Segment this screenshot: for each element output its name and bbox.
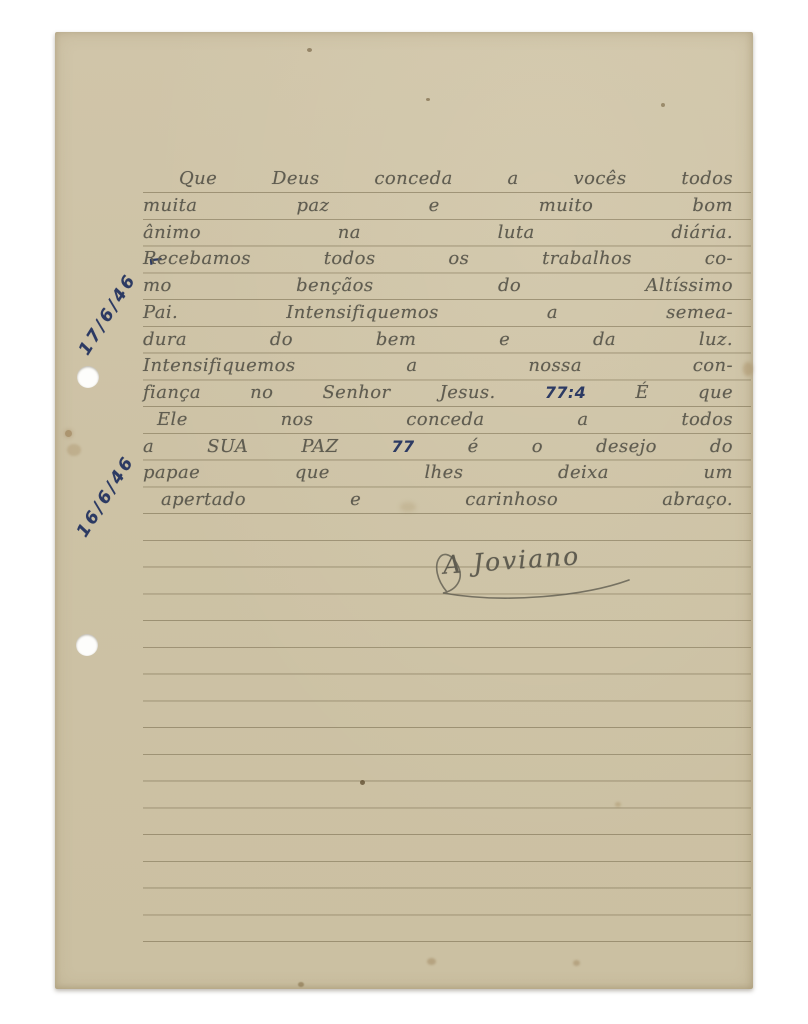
handwritten-text: mo bençãos do Altíssimo: [143, 275, 733, 296]
foxing-spot: [307, 48, 312, 52]
handwritten-text: ânimo na luta diária.: [143, 222, 733, 243]
handwritten-line: Recebamos todos os trabalhos co-: [143, 246, 733, 273]
foxing-spot: [743, 362, 753, 376]
foxing-spot: [360, 780, 365, 785]
hole-punch: [76, 634, 98, 656]
handwritten-text: Que Deus conceda a vocês todos: [179, 168, 733, 189]
handwritten-line: Que Deus conceda a vocês todos: [143, 166, 733, 193]
handwritten-text: Ele nos conceda a todos: [157, 409, 733, 430]
handwritten-line: Ele nos conceda a todos: [143, 407, 733, 434]
handwritten-text: Pai. Intensifiquemos a semea-: [143, 302, 733, 323]
handwritten-text: Intensifiquemos a nossa con-: [143, 355, 733, 376]
handwritten-text: é o desejo do: [468, 436, 733, 457]
handwritten-line: ânimo na luta diária.: [143, 220, 733, 247]
foxing-spot: [67, 444, 81, 456]
handwritten-text: a SUA PAZ: [143, 436, 338, 457]
signature-block: A Joviano: [385, 532, 645, 612]
handwritten-text: Recebamos todos os trabalhos co-: [143, 248, 733, 269]
foxing-spot: [426, 98, 430, 101]
blue-ink-annotation: 77: [392, 437, 415, 456]
handwritten-line: a SUA PAZ 77 é o desejo do: [143, 434, 733, 461]
foxing-spot: [65, 430, 72, 437]
foxing-spot: [573, 960, 580, 966]
foxing-spot: [427, 958, 436, 965]
handwritten-line: Intensifiquemos a nossa con-: [143, 353, 733, 380]
handwriting: Que Deus conceda a vocês todosmuita paz …: [143, 166, 733, 514]
handwritten-line: fiança no Senhor Jesus. 77:4 É que: [143, 380, 733, 407]
foxing-spot: [615, 802, 621, 807]
scanned-letter-page: 17/6/46 16/6/46 ⌐ Que Deus conceda a voc…: [0, 0, 808, 1024]
foxing-spot: [400, 502, 416, 512]
handwritten-line: apertado e carinhoso abraço.: [143, 487, 733, 514]
hole-punch: [77, 366, 99, 388]
handwritten-text: dura do bem e da luz.: [143, 329, 733, 350]
handwritten-text: apertado e carinhoso abraço.: [161, 489, 733, 510]
handwritten-line: papae que lhes deixa um: [143, 460, 733, 487]
letter-paper: 17/6/46 16/6/46 ⌐ Que Deus conceda a voc…: [55, 32, 753, 989]
handwritten-line: muita paz e muito bom: [143, 193, 733, 220]
handwritten-text: É que: [635, 382, 733, 403]
handwritten-text: fiança no Senhor Jesus.: [143, 382, 496, 403]
foxing-spot: [298, 982, 304, 987]
handwritten-line: mo bençãos do Altíssimo: [143, 273, 733, 300]
handwritten-line: dura do bem e da luz.: [143, 327, 733, 354]
blue-ink-annotation: 77:4: [545, 383, 586, 402]
foxing-spot: [661, 103, 665, 107]
handwritten-text: muita paz e muito bom: [143, 195, 733, 216]
margin-date-annotation: 16/6/46: [73, 432, 153, 542]
handwritten-text: papae que lhes deixa um: [143, 462, 733, 483]
handwritten-line: Pai. Intensifiquemos a semea-: [143, 300, 733, 327]
